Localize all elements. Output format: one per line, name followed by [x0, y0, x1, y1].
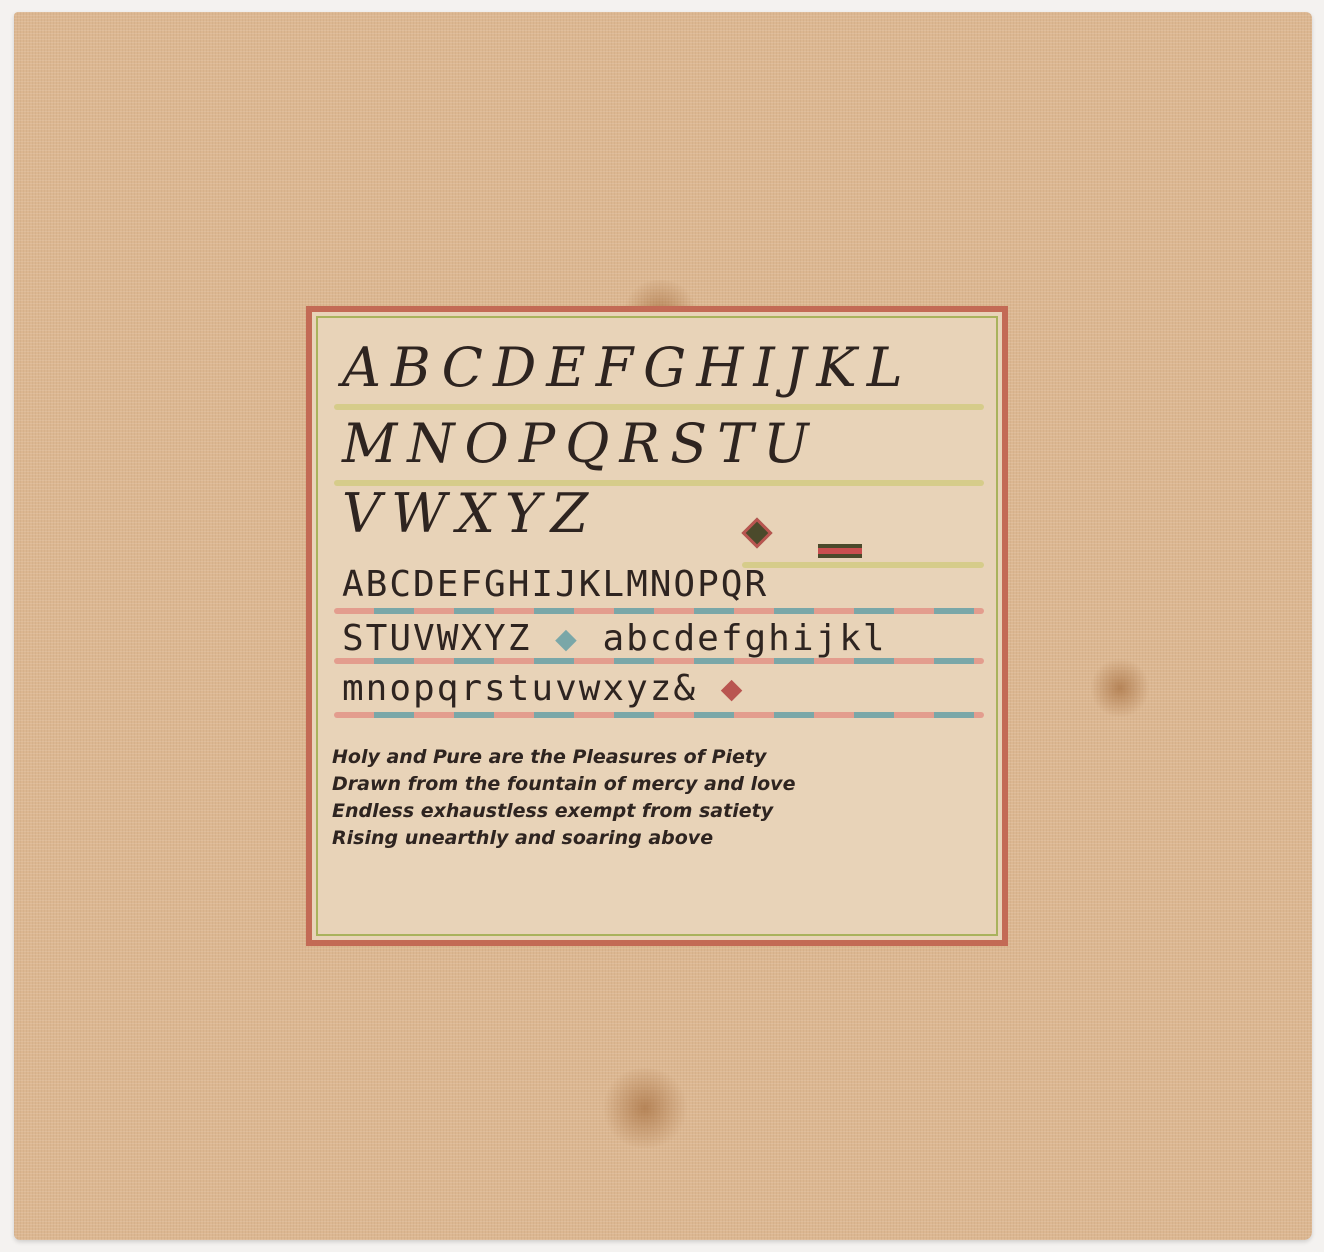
stain [600, 1068, 690, 1148]
small-diamond-icon: ◆ [721, 668, 745, 709]
script-alphabet-row-2: MNOPQRSTU [342, 412, 982, 475]
script-alphabet-row-1: ABCDEFGHIJKL [342, 336, 982, 399]
block-alphabet-row-2: STUVWXYZ ◆ abcdefghijkl [342, 618, 982, 659]
lowercase-letters: mnopqrstuvwxyz& [342, 668, 697, 709]
small-diamond-icon: ◆ [555, 618, 579, 659]
striped-bar-motif [818, 544, 862, 558]
uppercase-letters: STUVWXYZ [342, 618, 531, 659]
verse-line-1: Holy and Pure are the Pleasures of Piety [332, 744, 982, 771]
divider-band [334, 404, 984, 410]
pink-blue-band [334, 608, 984, 614]
verse-line-4: Rising unearthly and soaring above [332, 825, 982, 852]
block-alphabet-row-1: ABCDEFGHIJKLMNOPQR [342, 564, 982, 605]
pink-blue-band [334, 658, 984, 664]
verse-line-2: Drawn from the fountain of mercy and lov… [332, 771, 982, 798]
embroidered-panel: ABCDEFGHIJKL MNOPQRSTU VWXYZ ABCDEFGHIJK… [306, 306, 1008, 946]
stain [1090, 658, 1150, 718]
lowercase-alphabet-row: mnopqrstuvwxyz& ◆ [342, 668, 982, 709]
verse-line-3: Endless exhaustless exempt from satiety [332, 798, 982, 825]
script-alphabet-row-3: VWXYZ [342, 482, 982, 545]
lowercase-letters: abcdefghijkl [602, 618, 886, 659]
pink-blue-band [334, 712, 984, 718]
